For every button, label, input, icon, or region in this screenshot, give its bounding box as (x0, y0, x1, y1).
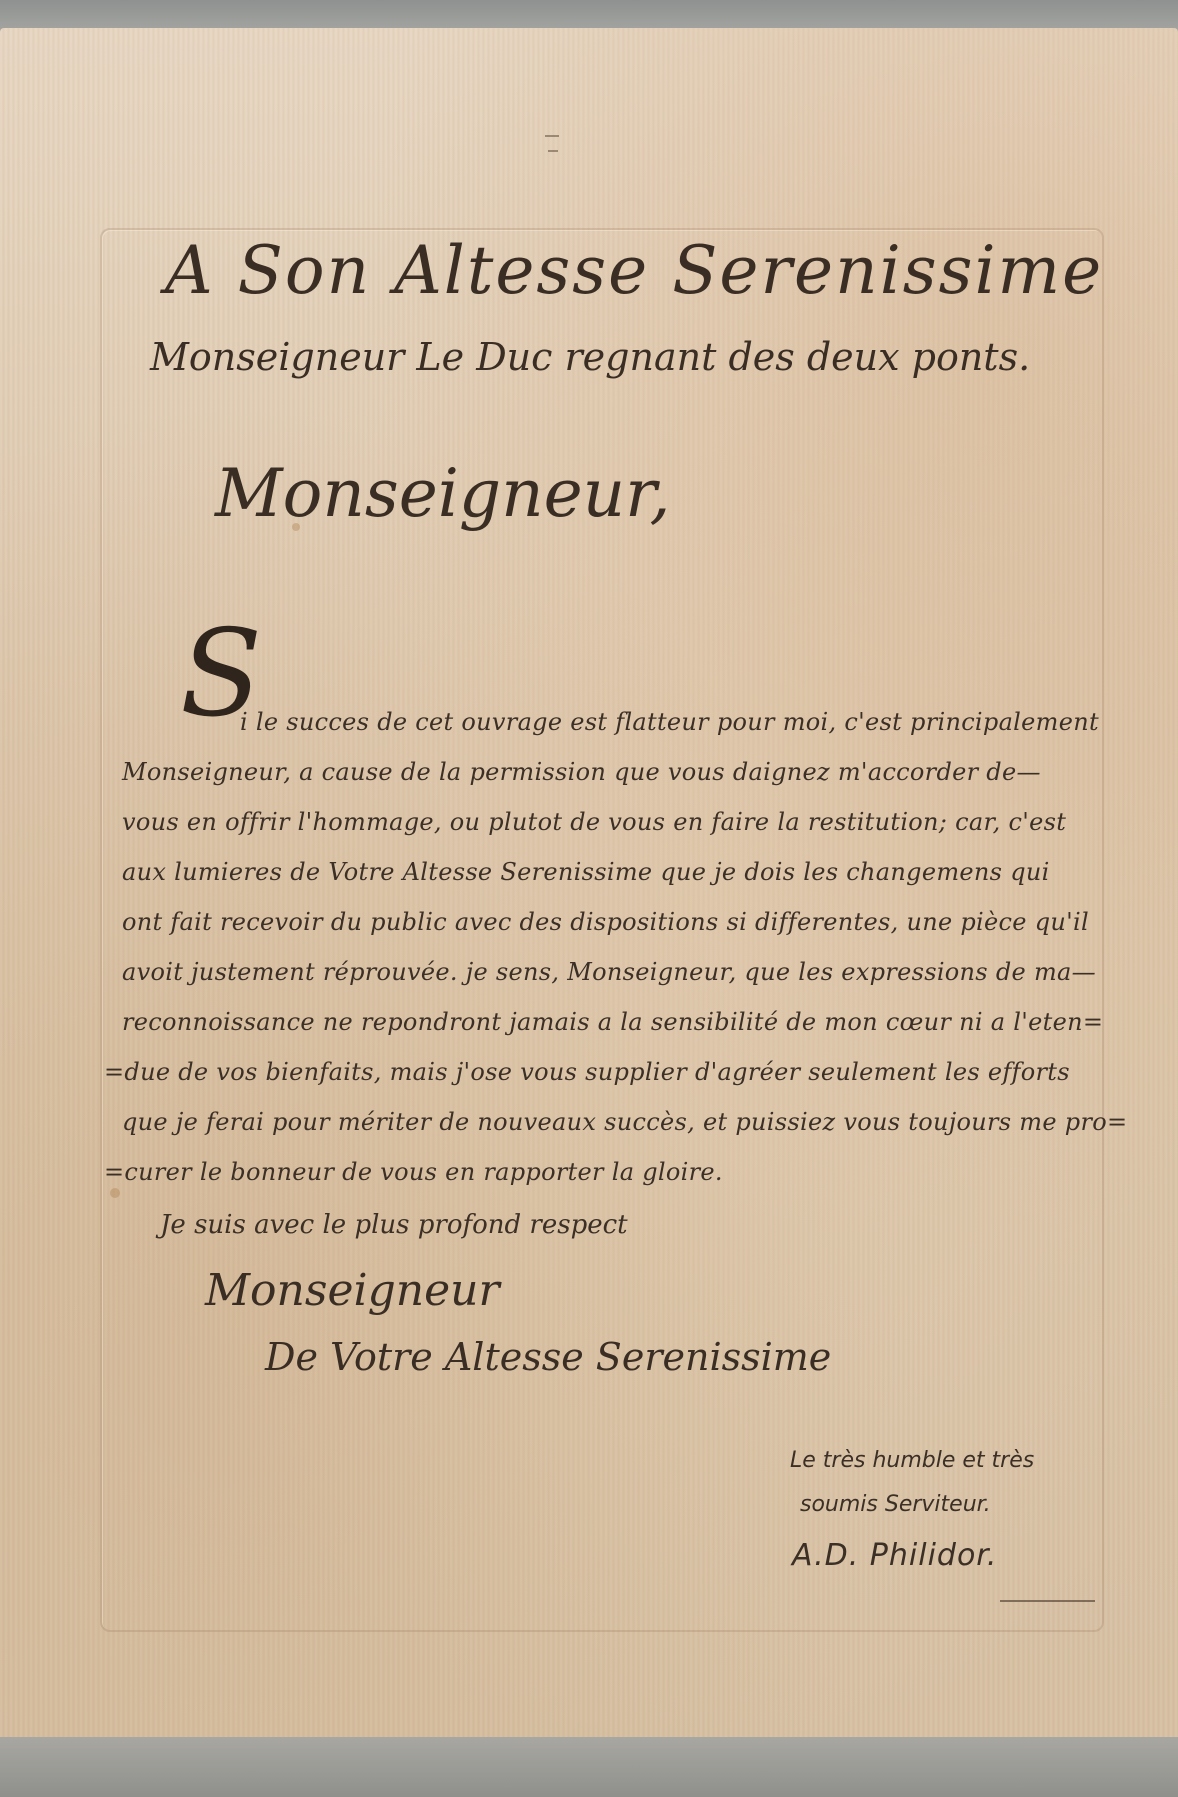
body-line: vous en offrir l'hommage, ou plutot de v… (122, 808, 1066, 836)
body-line: =due de vos bienfaits, mais j'ose vous s… (104, 1058, 1070, 1086)
signature-line-2: soumis Serviteur. (800, 1492, 991, 1517)
signature-name: A.D. Philidor. (792, 1538, 997, 1573)
body-line: reconnoissance ne repondront jamais a la… (122, 1008, 1103, 1036)
ornament-mark (545, 135, 559, 137)
body-line: i le succes de cet ouvrage est flatteur … (240, 708, 1099, 736)
body-line: Monseigneur, a cause de la permission qu… (122, 758, 1041, 786)
body-line: ont fait recevoir du public avec des dis… (122, 908, 1089, 936)
closing-title: De Votre Altesse Serenissime (265, 1335, 831, 1379)
photo-backdrop-top (0, 0, 1178, 30)
signature-rule (1000, 1600, 1095, 1602)
body-line: =curer le bonneur de vous en rapporter l… (104, 1158, 723, 1186)
body-line: que je ferai pour mériter de nouveaux su… (122, 1108, 1127, 1136)
body-line: avoit justement réprouvée. je sens, Mons… (122, 958, 1096, 986)
dedication-subtitle: Monseigneur Le Duc regnant des deux pont… (150, 335, 1030, 379)
closing-address: Monseigneur (205, 1265, 500, 1316)
signature-line-1: Le très humble et très (790, 1448, 1034, 1473)
closing-line: Je suis avec le plus profond respect (160, 1210, 628, 1240)
foxing-spot (110, 1188, 120, 1198)
salutation: Monseigneur, (215, 455, 670, 532)
ornament-mark (548, 150, 558, 152)
photo-backdrop-bottom (0, 1737, 1178, 1797)
dedication-title: A Son Altesse Serenissime (165, 232, 1103, 309)
body-line: aux lumieres de Votre Altesse Serenissim… (122, 858, 1050, 886)
